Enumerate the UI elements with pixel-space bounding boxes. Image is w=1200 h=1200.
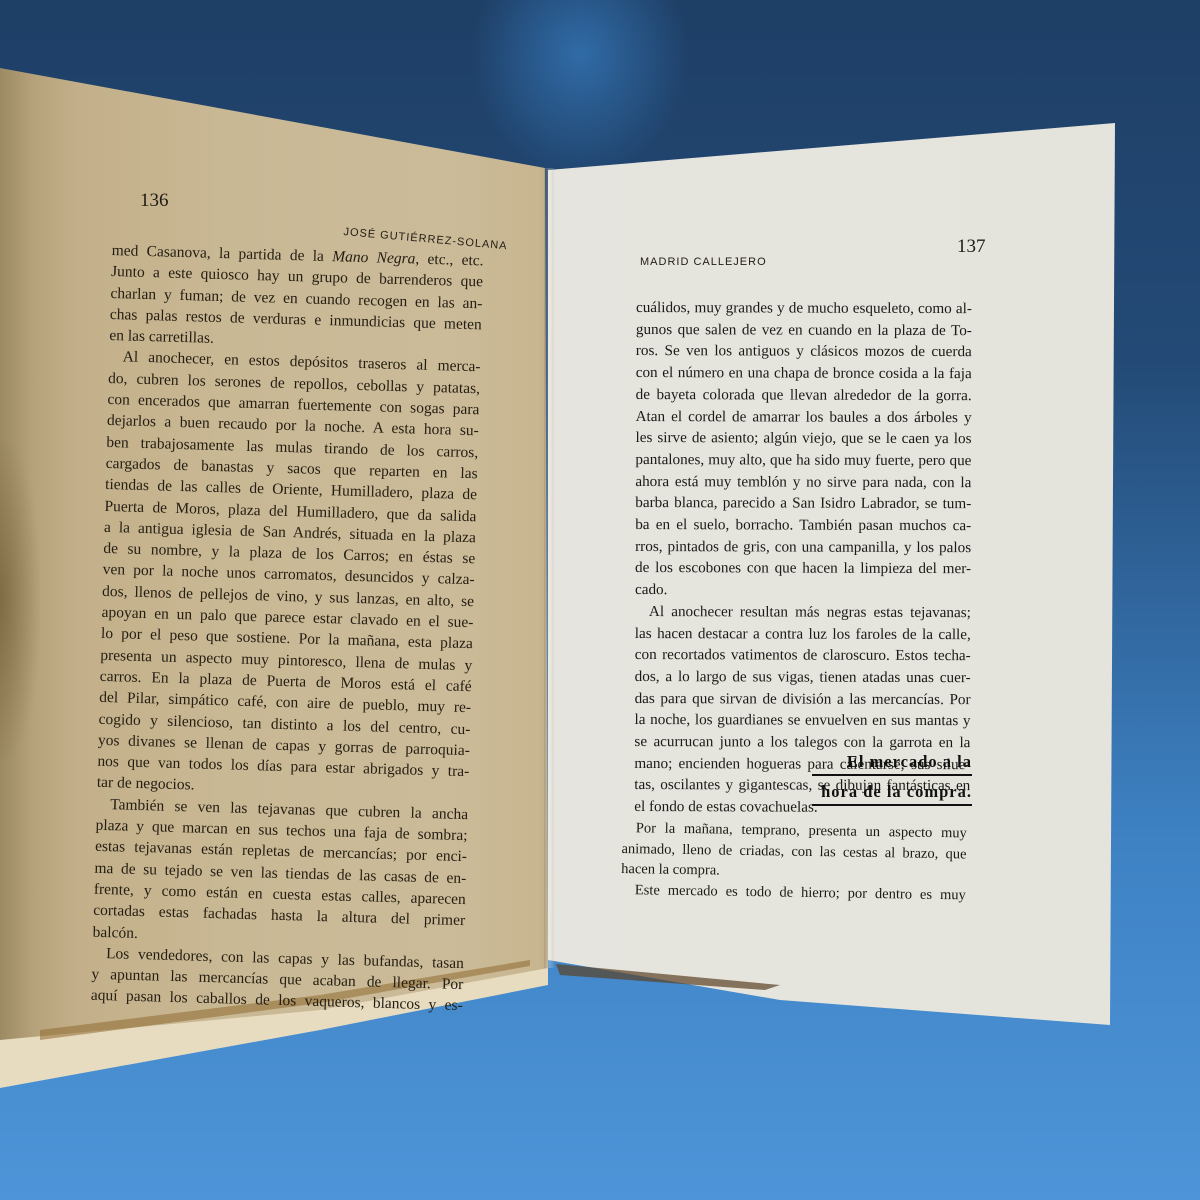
text-line: rros, pintados de gris, con una campanil… [635, 536, 971, 559]
running-head-right: MADRID CALLEJERO [640, 256, 767, 268]
section-title-line: El mercado a la [812, 752, 972, 776]
text-line: de los escobones con que hacen la limpie… [635, 557, 971, 580]
text-line: ahora está muy temblón y no sirve para n… [635, 471, 971, 494]
text-line: cuálidos, muy grandes y de mucho esquele… [636, 297, 972, 320]
text-line: dos, a lo largo de sus vigas, tienen ata… [635, 666, 971, 689]
text-line: das para que sirvan de división a las me… [635, 688, 971, 711]
text-line: la noche, los guardianes se envuelven en… [634, 709, 970, 732]
section-title-line: hora de la compra. [812, 782, 972, 806]
text-line: pantalones, muy alto, que ha sido muy fu… [635, 449, 971, 472]
text-line: ba en el suelo, borracho. También pasan … [635, 514, 971, 537]
left-page-text: med Casanova, la partida de la Mano Negr… [91, 240, 484, 1017]
page-number-left: 136 [140, 190, 169, 212]
text-line: con recortados vatimentos de claroscuro.… [635, 644, 971, 667]
right-page-text: cuálidos, muy grandes y de mucho esquele… [634, 297, 972, 819]
text-line: gunos que salen de vez en cuando en la p… [636, 319, 972, 342]
text-line: Al anochecer resultan más negras estas t… [635, 601, 971, 624]
text-line: ros. Se ven los antiguos y clásicos mozo… [636, 340, 972, 363]
page-number-right: 137 [957, 236, 986, 258]
text-line: de bayeta colorada que llevan alrededor … [636, 384, 972, 407]
background-light [470, 0, 690, 180]
book-gutter [544, 168, 554, 968]
text-line: les sirve de asiento; algún viejo, que s… [635, 427, 971, 450]
text-line: cado. [635, 579, 971, 602]
text-line: Atan el cordel de amarrar los baules a d… [636, 406, 972, 429]
text-line: con el número en una chapa de bronce cos… [636, 362, 972, 385]
text-line: se acurrucan junto a los talegos con la … [634, 731, 970, 754]
left-page-shadow [0, 440, 40, 760]
text-line: las hacen destacar a contra luz los faro… [635, 623, 971, 646]
italic-title: Mano Negra [332, 248, 416, 267]
section-body-text: Por la mañana, temprano, presenta un asp… [621, 818, 967, 905]
text-line: barba blanca, parecido a San Isidro Labr… [635, 492, 971, 515]
section-title: El mercado a la hora de la compra. [812, 752, 972, 812]
